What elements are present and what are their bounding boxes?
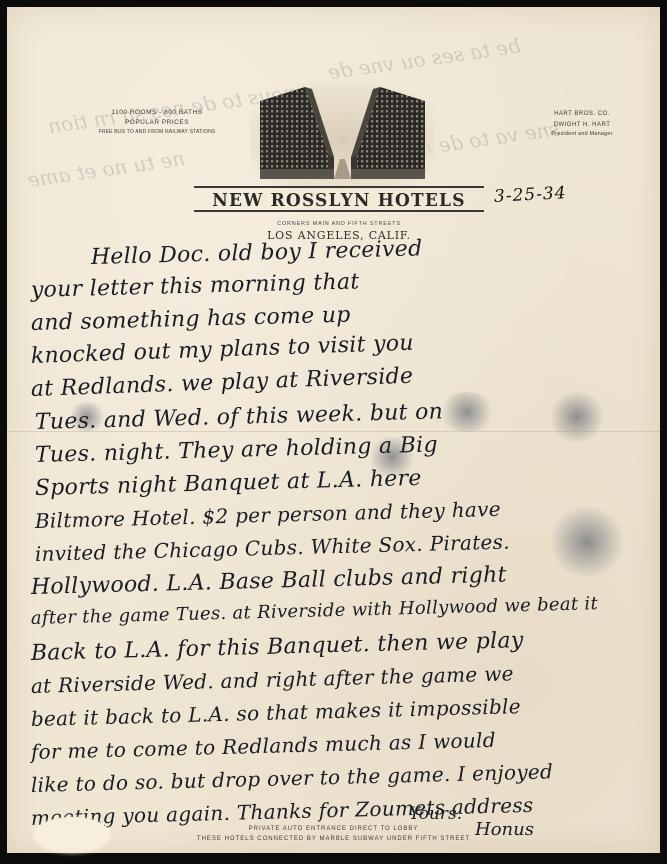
hotel-address: CORNERS MAIN AND FIFTH STREETS: [194, 221, 484, 227]
bleed-through-text: be ta ses ou vne de: [326, 34, 522, 85]
letter-body: Hello Doc. old boy I received your lette…: [31, 245, 651, 839]
letterhead-rule-bottom: [194, 210, 484, 212]
hotel-name: NEW ROSSLYN HOTELS: [194, 191, 484, 212]
letterhead-left-block: 1100 ROOMS - 800 BATHS POPULAR PRICES FR…: [67, 108, 247, 137]
letter-closing: Yours.: [409, 804, 462, 824]
letter-paper: nous to de nos sa rn tion be ta ses ou v…: [7, 7, 660, 853]
letterhead-company: HART BROS. CO.: [522, 108, 642, 120]
hotel-buildings-image: [250, 79, 435, 189]
letterhead-manager-title: President and Manager: [522, 130, 642, 139]
faded-oval-mark: [34, 817, 110, 853]
letterhead-right-block: HART BROS. CO. DWIGHT H. HART President …: [522, 108, 642, 139]
letterhead-rooms: 1100 ROOMS - 800 BATHS: [67, 108, 247, 118]
letterhead-bus: FREE BUS TO AND FROM RAILWAY STATIONS: [67, 128, 247, 137]
footer-line-2: THESE HOTELS CONNECTED BY MARBLE SUBWAY …: [0, 836, 667, 842]
letterhead-rule-top: [194, 186, 484, 188]
letterhead-prices: POPULAR PRICES: [67, 118, 247, 128]
bleed-through-text: ne tu no et ame: [26, 146, 186, 192]
footer-line-1: PRIVATE AUTO ENTRANCE DIRECT TO LOBBY: [0, 826, 667, 832]
letter-date: 3-25-34: [494, 183, 568, 207]
letterhead-manager-name: DWIGHT H. HART: [522, 120, 642, 130]
